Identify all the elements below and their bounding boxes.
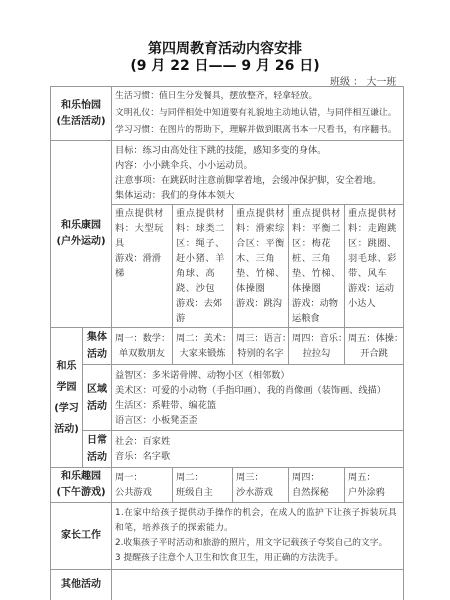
row-life: 和乐怡园 (生活活动) 生活习惯：值日生分发餐具，摆放整齐，轻拿轻放。 文明礼仪… — [51, 87, 404, 141]
parents-item-2: 2.收集孩子平时活动和旅游的照片，用文字记载孩子夸奖自己的文字。 — [115, 536, 400, 551]
other-head: 其他活动 — [51, 570, 112, 600]
schedule-table: 和乐怡园 (生活活动) 生活习惯：值日生分发餐具，摆放整齐，轻拿轻放。 文明礼仪… — [50, 86, 404, 600]
row-learning-group: 和乐学园(学习活动) 集体活动 周一：数学： 单双数朋友 周二：美术： 大家来锻… — [51, 328, 404, 365]
parents-content: 1.在家中给孩子提供动手操作的机会，在成人的监护下让孩子拆装玩具和笔，培养孩子的… — [112, 503, 404, 570]
outdoor-group-sport: 集体运动：我们的身体本领大 — [115, 188, 400, 203]
daily-activity-label: 日常活动 — [83, 431, 112, 468]
life-content: 生活习惯：值日生分发餐具，摆放整齐，轻拿轻放。 文明礼仪：与同伴相处中知道要有礼… — [112, 87, 404, 141]
area-puzzle: 益智区：多米诺骨牌、动物小区（相邻数） — [115, 368, 400, 383]
row-parents: 家长工作 1.在家中给孩子提供动手操作的机会，在成人的监护下让孩子拆装玩具和笔，… — [51, 503, 404, 570]
afternoon-day-4: 周四： 自然探秘 — [289, 468, 345, 503]
outdoor-notes: 注意事项：在跳跃时注意前脚掌着地，会缓冲保护脚，安全着地。 — [115, 173, 400, 188]
row-afternoon: 和乐趣园 (下午游戏) 周一： 公共游戏 周二： 班级自主 周三： 沙水游戏 周… — [51, 468, 404, 503]
afternoon-day-3: 周三： 沙水游戏 — [233, 468, 289, 503]
daily-social: 社会：百家姓 — [115, 434, 400, 449]
row-outdoor-info: 和乐康园 (户外运动) 目标：练习由高处往下跳的技能，感知多变的身体。 内容：小… — [51, 141, 404, 205]
daily-content: 社会：百家姓 音乐：名字歌 — [112, 431, 404, 468]
area-content: 益智区：多米诺骨牌、动物小区（相邻数） 美术区：可爱的小动物（手指印画）、我的肖… — [112, 365, 404, 431]
afternoon-day-5: 周五： 户外涂鸦 — [345, 468, 404, 503]
outdoor-day-3: 重点提供材料：滑索综合区：平衡木、三角垫、竹梯、体操圈 游戏：跳沟 — [233, 205, 289, 328]
area-activity-label: 区域活动 — [83, 365, 112, 431]
afternoon-head: 和乐趣园 (下午游戏) — [51, 468, 112, 503]
outdoor-goal: 目标：练习由高处往下跳的技能，感知多变的身体。 — [115, 143, 400, 158]
learning-head: 和乐学园(学习活动) — [51, 328, 83, 468]
parents-head: 家长工作 — [51, 503, 112, 570]
group-day-5: 周五：体操： 开合跳 — [345, 328, 404, 365]
area-art: 美术区：可爱的小动物（手指印画）、我的肖像画（装饰画、线描） — [115, 383, 400, 398]
life-habit: 生活习惯：值日生分发餐具，摆放整齐，轻拿轻放。 — [115, 88, 400, 105]
date-range: (9 月 22 日—— 9 月 26 日) — [0, 55, 450, 75]
parents-item-1: 1.在家中给孩子提供动手操作的机会，在成人的监护下让孩子拆装玩具和笔，培养孩子的… — [115, 506, 400, 536]
outdoor-day-5: 重点提供材料：走跑跳区：跳圈、羽毛球、彩带、风车 游戏：运动小达人 — [345, 205, 404, 328]
row-other: 其他活动 — [51, 570, 404, 600]
outdoor-content-line: 内容：小小跳伞兵、小小运动员。 — [115, 158, 400, 173]
outdoor-day-2: 重点提供材料：球类二区：绳子、赶小猪、羊角球、高跷、沙包 游戏：去郊游 — [173, 205, 233, 328]
group-activity-label: 集体活动 — [83, 328, 112, 365]
outdoor-head: 和乐康园 (户外运动) — [51, 141, 112, 328]
row-learning-area: 区域活动 益智区：多米诺骨牌、动物小区（相邻数） 美术区：可爱的小动物（手指印画… — [51, 365, 404, 431]
group-day-3: 周三：语言： 特别的名字 — [233, 328, 289, 365]
life-study-habit: 学习习惯：在图片的帮助下，理解并做到眼离书本一尺看书，有序翻书。 — [115, 122, 400, 139]
outdoor-day-4: 重点提供材料：平衡二区：梅花桩、三角垫、竹梯、体操圈 游戏：动物运粮食 — [289, 205, 345, 328]
row-learning-daily: 日常活动 社会：百家姓 音乐：名字歌 — [51, 431, 404, 468]
area-life: 生活区：系鞋带、编花篮 — [115, 398, 400, 413]
outdoor-day-1: 重点提供材料：大型玩具 游戏：滑滑梯 — [112, 205, 173, 328]
group-day-2: 周二：美术： 大家来锻炼 — [173, 328, 233, 365]
life-etiquette: 文明礼仪：与同伴相处中知道要有礼貌地主动地认错，与同伴相互谦让。 — [115, 105, 400, 122]
life-head: 和乐怡园 (生活活动) — [51, 87, 112, 141]
other-content — [112, 570, 404, 600]
group-day-1: 周一：数学： 单双数朋友 — [112, 328, 173, 365]
area-language: 语言区：小板凳歪歪 — [115, 413, 400, 428]
parents-item-3: 3 提醒孩子注意个人卫生和饮食卫生，用正确的方法洗手。 — [115, 551, 400, 566]
afternoon-day-2: 周二： 班级自主 — [173, 468, 233, 503]
afternoon-day-1: 周一： 公共游戏 — [112, 468, 173, 503]
outdoor-content: 目标：练习由高处往下跳的技能，感知多变的身体。 内容：小小跳伞兵、小小运动员。 … — [112, 141, 404, 205]
group-day-4: 周四：音乐： 拉拉勾 — [289, 328, 345, 365]
daily-music: 音乐：名字歌 — [115, 449, 400, 464]
